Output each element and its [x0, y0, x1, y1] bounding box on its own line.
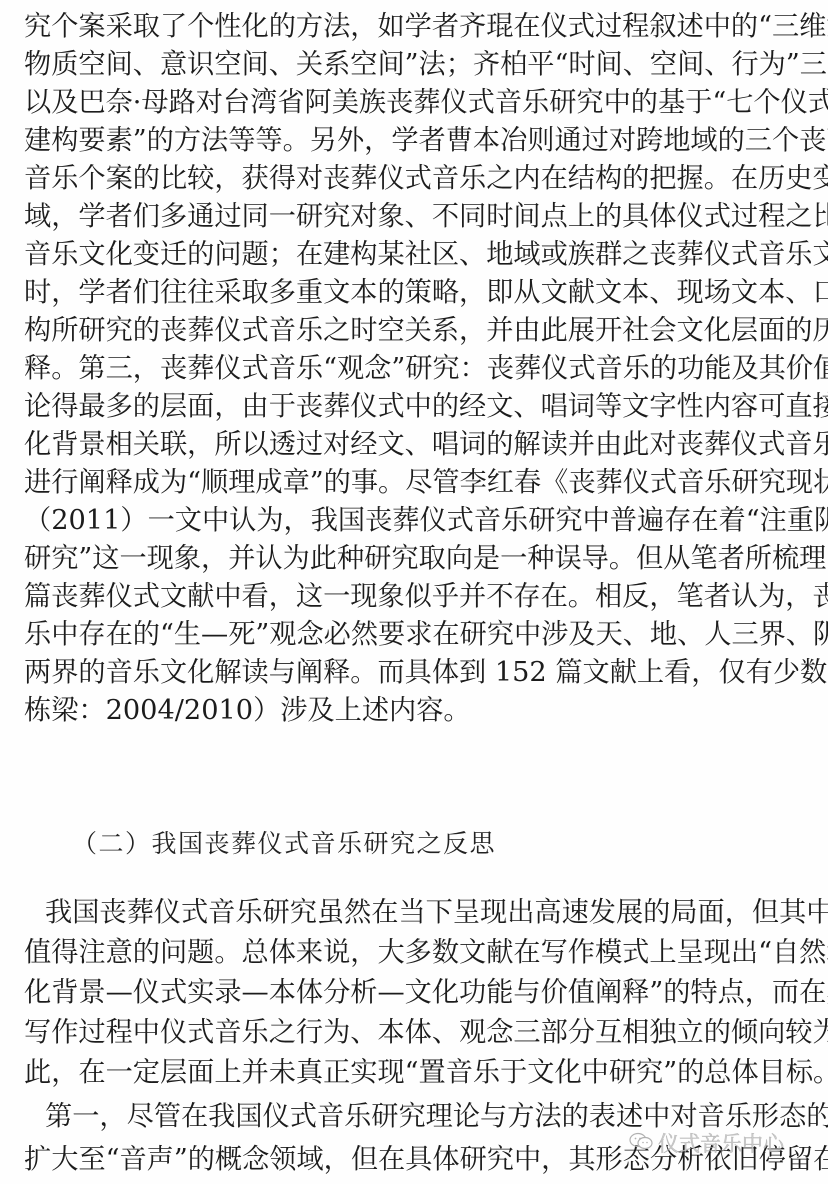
text-line: 时，学者们往往采取多重文本的策略，即从文献文本、现场文本、口述文本建 [24, 274, 810, 312]
text-line: 域，学者们多通过同一研究对象、不同时间点上的具体仪式过程之比较来说明 [24, 198, 810, 236]
text-line: 以及巴奈·母路对台湾省阿美族丧葬仪式音乐研究中的基于“七个仪式行为 [24, 84, 810, 122]
text-line: 研究”这一现象，并认为此种研究取向是一种误导。但从笔者所梳理的 152 [24, 540, 810, 578]
text-line: 此，在一定层面上并未真正实现“置音乐于文化中研究”的总体目标。 [24, 1054, 810, 1092]
text-line: 究个案采取了个性化的方法，如学者齐琨在仪式过程叙述中的“三维空间： [24, 8, 810, 46]
text-line: （2011）一文中认为，我国丧葬仪式音乐研究中普遍存在着“注重阴—阳互动 [24, 502, 810, 540]
text-line: 乐中存在的“生—死”观念必然要求在研究中涉及天、地、人三界、阴—阳 [24, 616, 810, 654]
text-line: 音乐文化变迁的问题；在建构某社区、地域或族群之丧葬仪式音乐文化历史 [24, 236, 810, 274]
text-line: 篇丧葬仪式文献中看，这一现象似乎并不存在。相反，笔者认为，丧葬仪式音 [24, 578, 810, 616]
text-line: 写作过程中仪式音乐之行为、本体、观念三部分互相独立的倾向较为明显。因 [24, 1014, 810, 1052]
text-line: 第一，尽管在我国仪式音乐研究理论与方法的表述中对音乐形态的把握已 [45, 1098, 810, 1136]
text-line: 扩大至“音声”的概念领域，但在具体研究中，其形态分析依旧停留在一般 [24, 1141, 810, 1179]
text-line: 栋梁：2004/2010）涉及上述内容。 [24, 692, 810, 730]
text-line: 建构要素”的方法等等。另外，学者曹本冶则通过对跨地域的三个丧葬仪式 [24, 122, 810, 160]
text-line: 物质空间、意识空间、关系空间”法；齐柏平“时间、空间、行为”三维法 [24, 46, 810, 84]
text-line: 进行阐释成为“顺理成章”的事。尽管李红春《丧葬仪式音乐研究现状概观》 [24, 464, 810, 502]
text-line: 论得最多的层面，由于丧葬仪式中的经文、唱词等文字性内容可直接与音乐文 [24, 388, 810, 426]
section-heading: （二）我国丧葬仪式音乐研究之反思 [72, 826, 496, 862]
text-line: 构所研究的丧葬仪式音乐之时空关系，并由此展开社会文化层面的历史变迁阐 [24, 312, 810, 350]
text-line: 释。第三，丧葬仪式音乐“观念”研究：丧葬仪式音乐的功能及其价值是讨 [24, 350, 810, 388]
text-line: 两界的音乐文化解读与阐释。而具体到 152 篇文献上看，仅有少数文献（陆 [24, 654, 810, 692]
text-line: 化背景—仪式实录—本体分析—文化功能与价值阐释”的特点，而在具体的 [24, 974, 810, 1012]
text-line: 音乐个案的比较，获得对丧葬仪式音乐之内在结构的把握。在历史变迁研究领 [24, 160, 810, 198]
text-line: 我国丧葬仪式音乐研究虽然在当下呈现出高速发展的局面，但其中亦存在 [45, 894, 810, 932]
text-line: 化背景相关联，所以透过对经文、唱词的解读并由此对丧葬仪式音乐文化观念 [24, 426, 810, 464]
document-page: 究个案采取了个性化的方法，如学者齐琨在仪式过程叙述中的“三维空间： 物质空间、意… [0, 0, 828, 1184]
text-line: 值得注意的问题。总体来说，大多数文献在写作模式上呈现出“自然地理文 [24, 934, 810, 972]
